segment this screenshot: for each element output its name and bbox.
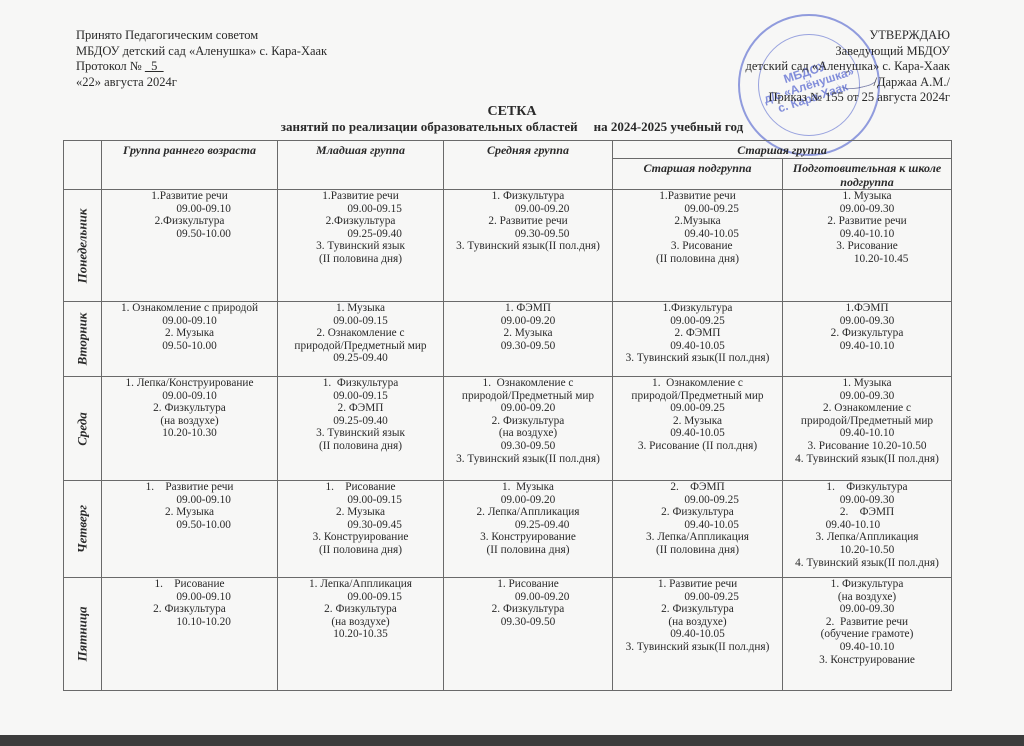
lesson-line: (обучение грамоте) bbox=[785, 628, 949, 641]
schedule-cell-junior-group: 1. Музыка09.00-09.152. Ознакомление спри… bbox=[278, 302, 444, 377]
lesson-line: 2. ФЭМП bbox=[615, 327, 780, 340]
lesson-line: 09.40-10.05 bbox=[615, 427, 780, 440]
lesson-line: 3. Тувинский язык bbox=[280, 427, 441, 440]
lesson-line: 2. Ознакомление с bbox=[785, 402, 949, 415]
lesson-line: 1.Развитие речи bbox=[104, 190, 275, 203]
lesson-line: 09.00-09.30 bbox=[785, 603, 949, 616]
lesson-line: (II половина дня) bbox=[615, 253, 780, 266]
lesson-line: 2. Физкультура bbox=[615, 603, 780, 616]
lesson-line: 09.25-09.40 bbox=[446, 519, 610, 532]
lesson-line: природой/Предметный мир bbox=[280, 340, 441, 353]
lesson-line: 1. Рисование bbox=[104, 578, 275, 591]
lesson-line: 09.00-09.30 bbox=[785, 203, 949, 216]
lesson-line: 3. Рисование (II пол.дня) bbox=[615, 440, 780, 453]
lesson-line: 3. Тувинский язык(II пол.дня) bbox=[446, 240, 610, 253]
day-cell: Вторник bbox=[64, 302, 102, 377]
lesson-line: 3. Лепка/Аппликация bbox=[615, 531, 780, 544]
approval-right-line4: /Даржаа А.М./ bbox=[746, 75, 951, 91]
lesson-line: 2. Физкультура bbox=[615, 506, 780, 519]
lesson-line: 1. Физкультура bbox=[280, 377, 441, 390]
lesson-line: 3. Тувинский язык(II пол.дня) bbox=[615, 641, 780, 654]
lesson-line: 3. Конструирование bbox=[280, 531, 441, 544]
lesson-line: 09.40-10.10 bbox=[785, 427, 949, 440]
lesson-line: 09.30-09.50 bbox=[446, 228, 610, 241]
lesson-line: 1.Развитие речи bbox=[615, 190, 780, 203]
lesson-line: 09.00-09.30 bbox=[785, 315, 949, 328]
lesson-line: 1. Ознакомление с bbox=[446, 377, 610, 390]
subtitle-part1: занятий по реализации образовательных об… bbox=[281, 119, 578, 134]
lesson-line: (II половина дня) bbox=[280, 253, 441, 266]
lesson-line: 2. Музыка bbox=[280, 506, 441, 519]
header-junior-group: Младшая группа bbox=[278, 141, 444, 190]
lesson-line: 2. Физкультура bbox=[785, 327, 949, 340]
lesson-line: 2. Физкультура bbox=[446, 415, 610, 428]
subtitle-part2: на 2024-2025 учебный год bbox=[594, 119, 744, 134]
schedule-cell-prep-subgroup: 1. Физкультура09.00-09.302. ФЭМП09.40-10… bbox=[783, 481, 952, 578]
lesson-line: 09.00-09.15 bbox=[280, 203, 441, 216]
lesson-line: 09.00-09.20 bbox=[446, 402, 610, 415]
lesson-line: 09.40-10.05 bbox=[615, 340, 780, 353]
lesson-line: 09.40-10.05 bbox=[615, 228, 780, 241]
lesson-line: 09.00-09.15 bbox=[280, 591, 441, 604]
lesson-line: 09.40-10.10 bbox=[785, 519, 949, 532]
protocol-label: Протокол № bbox=[76, 59, 145, 73]
lesson-line: 09.00-09.20 bbox=[446, 591, 610, 604]
table-row: Пятница1. Рисование 09.00-09.102. Физкул… bbox=[64, 578, 952, 691]
lesson-line: 09.00-09.25 bbox=[615, 591, 780, 604]
lesson-line: 09.30-09.50 bbox=[446, 440, 610, 453]
lesson-line: 09.00-09.10 bbox=[104, 390, 275, 403]
lesson-line: (на воздухе) bbox=[446, 427, 610, 440]
schedule-cell-middle-group: 1. Физкультура 09.00-09.202. Развитие ре… bbox=[444, 190, 613, 302]
lesson-line: 09.40-10.10 bbox=[785, 340, 949, 353]
lesson-line: (на воздухе) bbox=[615, 616, 780, 629]
schedule-cell-senior-subgroup: 1.Физкультура09.00-09.252. ФЭМП09.40-10.… bbox=[613, 302, 783, 377]
day-label: Понедельник bbox=[76, 208, 89, 283]
schedule-body: Понедельник1.Развитие речи 09.00-09.102.… bbox=[64, 190, 952, 691]
lesson-line: 1. Рисование bbox=[446, 578, 610, 591]
lesson-line: 10.20-10.35 bbox=[280, 628, 441, 641]
lesson-line: 1.Физкультура bbox=[615, 302, 780, 315]
lesson-line: 2. Развитие речи bbox=[785, 616, 949, 629]
lesson-line: 09.00-09.10 bbox=[104, 203, 275, 216]
lesson-line: 09.30-09.50 bbox=[446, 616, 610, 629]
lesson-line: 10.10-10.20 bbox=[104, 616, 275, 629]
lesson-line: 09.00-09.25 bbox=[615, 402, 780, 415]
schedule-cell-prep-subgroup: 1. Музыка09.00-09.302. Развитие речи09.4… bbox=[783, 190, 952, 302]
lesson-line: 09.50-10.00 bbox=[104, 340, 275, 353]
lesson-line: 1. Музыка bbox=[446, 481, 610, 494]
lesson-line: природой/Предметный мир bbox=[615, 390, 780, 403]
lesson-line: 2. Музыка bbox=[104, 506, 275, 519]
lesson-line: 09.00-09.10 bbox=[104, 494, 275, 507]
schedule-cell-prep-subgroup: 1. Физкультура(на воздухе)09.00-09.302. … bbox=[783, 578, 952, 691]
approval-block-left: Принято Педагогическим советом МБДОУ дет… bbox=[76, 28, 327, 90]
protocol-number: 5 bbox=[145, 59, 164, 73]
lesson-line: 2. Физкультура bbox=[280, 603, 441, 616]
lesson-line: 09.00-09.30 bbox=[785, 390, 949, 403]
scan-edge-band bbox=[0, 735, 1024, 746]
lesson-line: 3. Конструирование bbox=[446, 531, 610, 544]
lesson-line: 4. Тувинский язык(II пол.дня) bbox=[785, 557, 949, 570]
schedule-cell-early-group: 1. Лепка/Конструирование09.00-09.102. Фи… bbox=[102, 377, 278, 481]
approval-right-line3: детский сад «Аленушка» с. Кара-Хаак bbox=[746, 59, 951, 75]
lesson-line: 09.00-09.25 bbox=[615, 315, 780, 328]
day-cell: Пятница bbox=[64, 578, 102, 691]
lesson-line: 10.20-10.45 bbox=[785, 253, 949, 266]
schedule-cell-early-group: 1. Ознакомление с природой09.00-09.102. … bbox=[102, 302, 278, 377]
lesson-line: 1. Музыка bbox=[785, 377, 949, 390]
lesson-line: 09.00-09.25 bbox=[615, 203, 780, 216]
schedule-cell-junior-group: 1. Лепка/Аппликация 09.00-09.152. Физкул… bbox=[278, 578, 444, 691]
schedule-cell-senior-subgroup: 1. Ознакомление сприродой/Предметный мир… bbox=[613, 377, 783, 481]
lesson-line: 09.00-09.10 bbox=[104, 315, 275, 328]
lesson-line: 2.Физкультура bbox=[104, 215, 275, 228]
schedule-cell-early-group: 1.Развитие речи 09.00-09.102.Физкультура… bbox=[102, 190, 278, 302]
lesson-line: 1. Развитие речи bbox=[615, 578, 780, 591]
lesson-line: 09.00-09.15 bbox=[280, 315, 441, 328]
schedule-cell-middle-group: 1. Ознакомление сприродой/Предметный мир… bbox=[444, 377, 613, 481]
lesson-line: 09.40-10.05 bbox=[615, 519, 780, 532]
lesson-line: 09.30-09.50 bbox=[446, 340, 610, 353]
lesson-line: 09.25-09.40 bbox=[280, 228, 441, 241]
approval-left-date: «22» августа 2024г bbox=[76, 75, 327, 91]
header-day-corner bbox=[64, 141, 102, 190]
schedule-cell-junior-group: 1.Развитие речи 09.00-09.152.Физкультура… bbox=[278, 190, 444, 302]
lesson-line: (II половина дня) bbox=[280, 544, 441, 557]
document-title: СЕТКА bbox=[0, 104, 1024, 119]
lesson-line: (на воздухе) bbox=[104, 415, 275, 428]
lesson-line: (на воздухе) bbox=[785, 591, 949, 604]
lesson-line: 3. Рисование 10.20-10.50 bbox=[785, 440, 949, 453]
lesson-line: 2. Развитие речи bbox=[446, 215, 610, 228]
lesson-line: 4. Тувинский язык(II пол.дня) bbox=[785, 453, 949, 466]
schedule-table: Группа раннего возраста Младшая группа С… bbox=[63, 140, 952, 691]
lesson-line: 1. Развитие речи bbox=[104, 481, 275, 494]
lesson-line: 09.30-09.45 bbox=[280, 519, 441, 532]
lesson-line: 1. Физкультура bbox=[785, 578, 949, 591]
lesson-line: 2. Музыка bbox=[615, 415, 780, 428]
lesson-line: 09.00-09.15 bbox=[280, 390, 441, 403]
lesson-line: 1. Физкультура bbox=[446, 190, 610, 203]
lesson-line: 09.40-10.10 bbox=[785, 228, 949, 241]
document-subtitle: занятий по реализации образовательных об… bbox=[0, 119, 1024, 134]
approval-right-line1: УТВЕРЖДАЮ bbox=[746, 28, 951, 44]
lesson-line: 09.50-10.00 bbox=[104, 519, 275, 532]
schedule-cell-early-group: 1. Развитие речи 09.00-09.102. Музыка 09… bbox=[102, 481, 278, 578]
lesson-line: 09.00-09.10 bbox=[104, 591, 275, 604]
day-cell: Понедельник bbox=[64, 190, 102, 302]
table-row: Среда1. Лепка/Конструирование09.00-09.10… bbox=[64, 377, 952, 481]
day-cell: Среда bbox=[64, 377, 102, 481]
table-row: Четверг1. Развитие речи 09.00-09.102. Му… bbox=[64, 481, 952, 578]
lesson-line: 2.Музыка bbox=[615, 215, 780, 228]
lesson-line: 2. ФЭМП bbox=[615, 481, 780, 494]
schedule-cell-senior-subgroup: 1. Развитие речи 09.00-09.252. Физкульту… bbox=[613, 578, 783, 691]
lesson-line: 2. Ознакомление с bbox=[280, 327, 441, 340]
approval-block-right: УТВЕРЖДАЮ Заведующий МБДОУ детский сад «… bbox=[746, 28, 951, 106]
lesson-line: 2. ФЭМП bbox=[280, 402, 441, 415]
lesson-line: 09.00-09.30 bbox=[785, 494, 949, 507]
table-row: Понедельник1.Развитие речи 09.00-09.102.… bbox=[64, 190, 952, 302]
lesson-line: (II половина дня) bbox=[446, 544, 610, 557]
lesson-line: 1. Ознакомление с bbox=[615, 377, 780, 390]
schedule-cell-prep-subgroup: 1. Музыка09.00-09.302. Ознакомление спри… bbox=[783, 377, 952, 481]
lesson-line: 3. Тувинский язык(II пол.дня) bbox=[615, 352, 780, 365]
day-label: Четверг bbox=[76, 505, 89, 553]
header-middle-group: Средняя группа bbox=[444, 141, 613, 190]
lesson-line: 3. Рисование bbox=[615, 240, 780, 253]
schedule-cell-middle-group: 1. Музыка09.00-09.202. Лепка/Аппликация … bbox=[444, 481, 613, 578]
header-senior-group: Старшая группа bbox=[613, 141, 952, 159]
lesson-line: 09.40-10.10 bbox=[785, 641, 949, 654]
lesson-line: 2. Музыка bbox=[104, 327, 275, 340]
lesson-line: 09.40-10.05 bbox=[615, 628, 780, 641]
header-early-group: Группа раннего возраста bbox=[102, 141, 278, 190]
table-row: Вторник1. Ознакомление с природой09.00-0… bbox=[64, 302, 952, 377]
lesson-line: 10.20-10.50 bbox=[785, 544, 949, 557]
lesson-line: 1. Физкультура bbox=[785, 481, 949, 494]
lesson-line: 09.00-09.20 bbox=[446, 315, 610, 328]
approval-left-line1: Принято Педагогическим советом bbox=[76, 28, 327, 44]
schedule-cell-early-group: 1. Рисование 09.00-09.102. Физкультура 1… bbox=[102, 578, 278, 691]
schedule-cell-senior-subgroup: 2. ФЭМП 09.00-09.252. Физкультура 09.40-… bbox=[613, 481, 783, 578]
approval-right-line2: Заведующий МБДОУ bbox=[746, 44, 951, 60]
schedule-cell-middle-group: 1. Рисование 09.00-09.202. Физкультура09… bbox=[444, 578, 613, 691]
lesson-line: 2. ФЭМП bbox=[785, 506, 949, 519]
lesson-line: (на воздухе) bbox=[280, 616, 441, 629]
lesson-line: 3. Конструирование bbox=[785, 654, 949, 667]
lesson-line: 2. Лепка/Аппликация bbox=[446, 506, 610, 519]
approval-left-line2: МБДОУ детский сад «Аленушка» с. Кара-Хаа… bbox=[76, 44, 327, 60]
protocol-line: Протокол № 5 bbox=[76, 59, 327, 75]
lesson-line: 09.25-09.40 bbox=[280, 415, 441, 428]
lesson-line: природой/Предметный мир bbox=[446, 390, 610, 403]
lesson-line: 09.25-09.40 bbox=[280, 352, 441, 365]
lesson-line: 2. Физкультура bbox=[446, 603, 610, 616]
lesson-line: 2.Физкультура bbox=[280, 215, 441, 228]
lesson-line: 2. Физкультура bbox=[104, 402, 275, 415]
lesson-line: 2. Физкультура bbox=[104, 603, 275, 616]
lesson-line: 1. Музыка bbox=[785, 190, 949, 203]
lesson-line: 2. Развитие речи bbox=[785, 215, 949, 228]
lesson-line: 09.00-09.25 bbox=[615, 494, 780, 507]
lesson-line: 1. Музыка bbox=[280, 302, 441, 315]
schedule-cell-senior-subgroup: 1.Развитие речи 09.00-09.252.Музыка 09.4… bbox=[613, 190, 783, 302]
day-label: Пятница bbox=[76, 606, 89, 661]
lesson-line: 1. ФЭМП bbox=[446, 302, 610, 315]
schedule-cell-junior-group: 1. Физкультура09.00-09.152. ФЭМП09.25-09… bbox=[278, 377, 444, 481]
lesson-line: 3. Лепка/Аппликация bbox=[785, 531, 949, 544]
lesson-line: 3. Тувинский язык bbox=[280, 240, 441, 253]
lesson-line: природой/Предметный мир bbox=[785, 415, 949, 428]
lesson-line: (II половина дня) bbox=[280, 440, 441, 453]
lesson-line: 3. Тувинский язык(II пол.дня) bbox=[446, 453, 610, 466]
lesson-line: 09.50-10.00 bbox=[104, 228, 275, 241]
day-cell: Четверг bbox=[64, 481, 102, 578]
lesson-line: (II половина дня) bbox=[615, 544, 780, 557]
lesson-line: 3. Рисование bbox=[785, 240, 949, 253]
day-label: Среда bbox=[76, 412, 89, 446]
lesson-line: 09.00-09.20 bbox=[446, 203, 610, 216]
lesson-line: 09.00-09.15 bbox=[280, 494, 441, 507]
lesson-line: 1. Лепка/Аппликация bbox=[280, 578, 441, 591]
lesson-line: 1. Ознакомление с природой bbox=[104, 302, 275, 315]
lesson-line: 1. Рисование bbox=[280, 481, 441, 494]
schedule-cell-middle-group: 1. ФЭМП09.00-09.202. Музыка09.30-09.50 bbox=[444, 302, 613, 377]
lesson-line: 10.20-10.30 bbox=[104, 427, 275, 440]
lesson-line: 1.ФЭМП bbox=[785, 302, 949, 315]
day-label: Вторник bbox=[76, 313, 89, 366]
lesson-line: 1. Лепка/Конструирование bbox=[104, 377, 275, 390]
schedule-cell-junior-group: 1. Рисование 09.00-09.152. Музыка 09.30-… bbox=[278, 481, 444, 578]
lesson-line: 1.Развитие речи bbox=[280, 190, 441, 203]
lesson-line: 2. Музыка bbox=[446, 327, 610, 340]
schedule-cell-prep-subgroup: 1.ФЭМП09.00-09.302. Физкультура09.40-10.… bbox=[783, 302, 952, 377]
lesson-line: 09.00-09.20 bbox=[446, 494, 610, 507]
header-senior-subgroup: Старшая подгруппа bbox=[613, 159, 783, 190]
header-prep-subgroup: Подготовительная к школе подгруппа bbox=[783, 159, 952, 190]
